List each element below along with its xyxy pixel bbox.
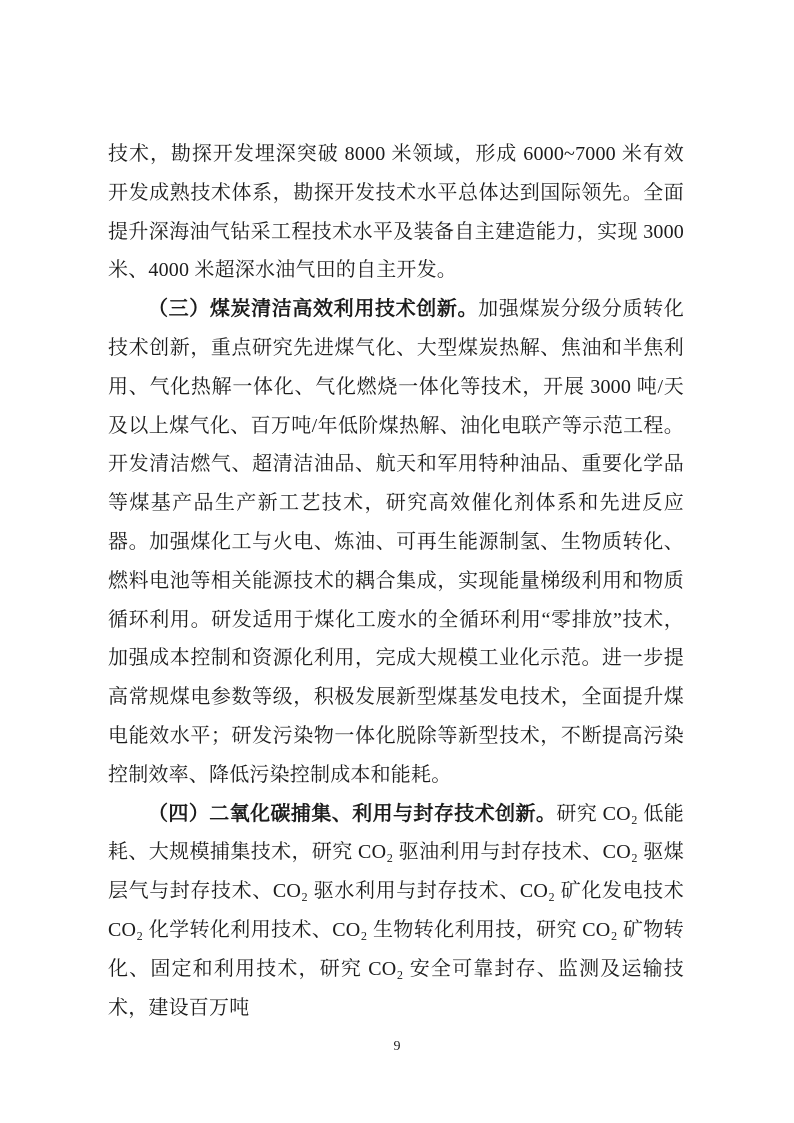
page-number: 9 [0,1038,794,1056]
paragraph-text: 研究 CO₂ 低能耗、大规模捕集技术，研究 CO₂ 驱油利用与封存技术、CO₂ … [108,803,684,1019]
section-heading-three: （三）煤炭清洁高效利用技术创新。 [148,298,478,320]
paragraph-coal-clean-utilization: （三）煤炭清洁高效利用技术创新。加强煤炭分级分质转化技术创新，重点研究先进煤气化… [108,290,684,794]
paragraph-oil-gas-continuation: 技术，勘探开发埋深突破 8000 米领域，形成 6000~7000 米有效开发成… [108,135,684,290]
paragraph-carbon-capture: （四）二氧化碳捕集、利用与封存技术创新。研究 CO₂ 低能耗、大规模捕集技术，研… [108,795,684,1028]
section-heading-four: （四）二氧化碳捕集、利用与封存技术创新。 [148,803,556,825]
paragraph-text: 加强煤炭分级分质转化技术创新，重点研究先进煤气化、大型煤炭热解、焦油和半焦利用、… [108,298,684,786]
document-page: 技术，勘探开发埋深突破 8000 米领域，形成 6000~7000 米有效开发成… [0,0,794,1123]
paragraph-text: 技术，勘探开发埋深突破 8000 米领域，形成 6000~7000 米有效开发成… [108,143,684,281]
